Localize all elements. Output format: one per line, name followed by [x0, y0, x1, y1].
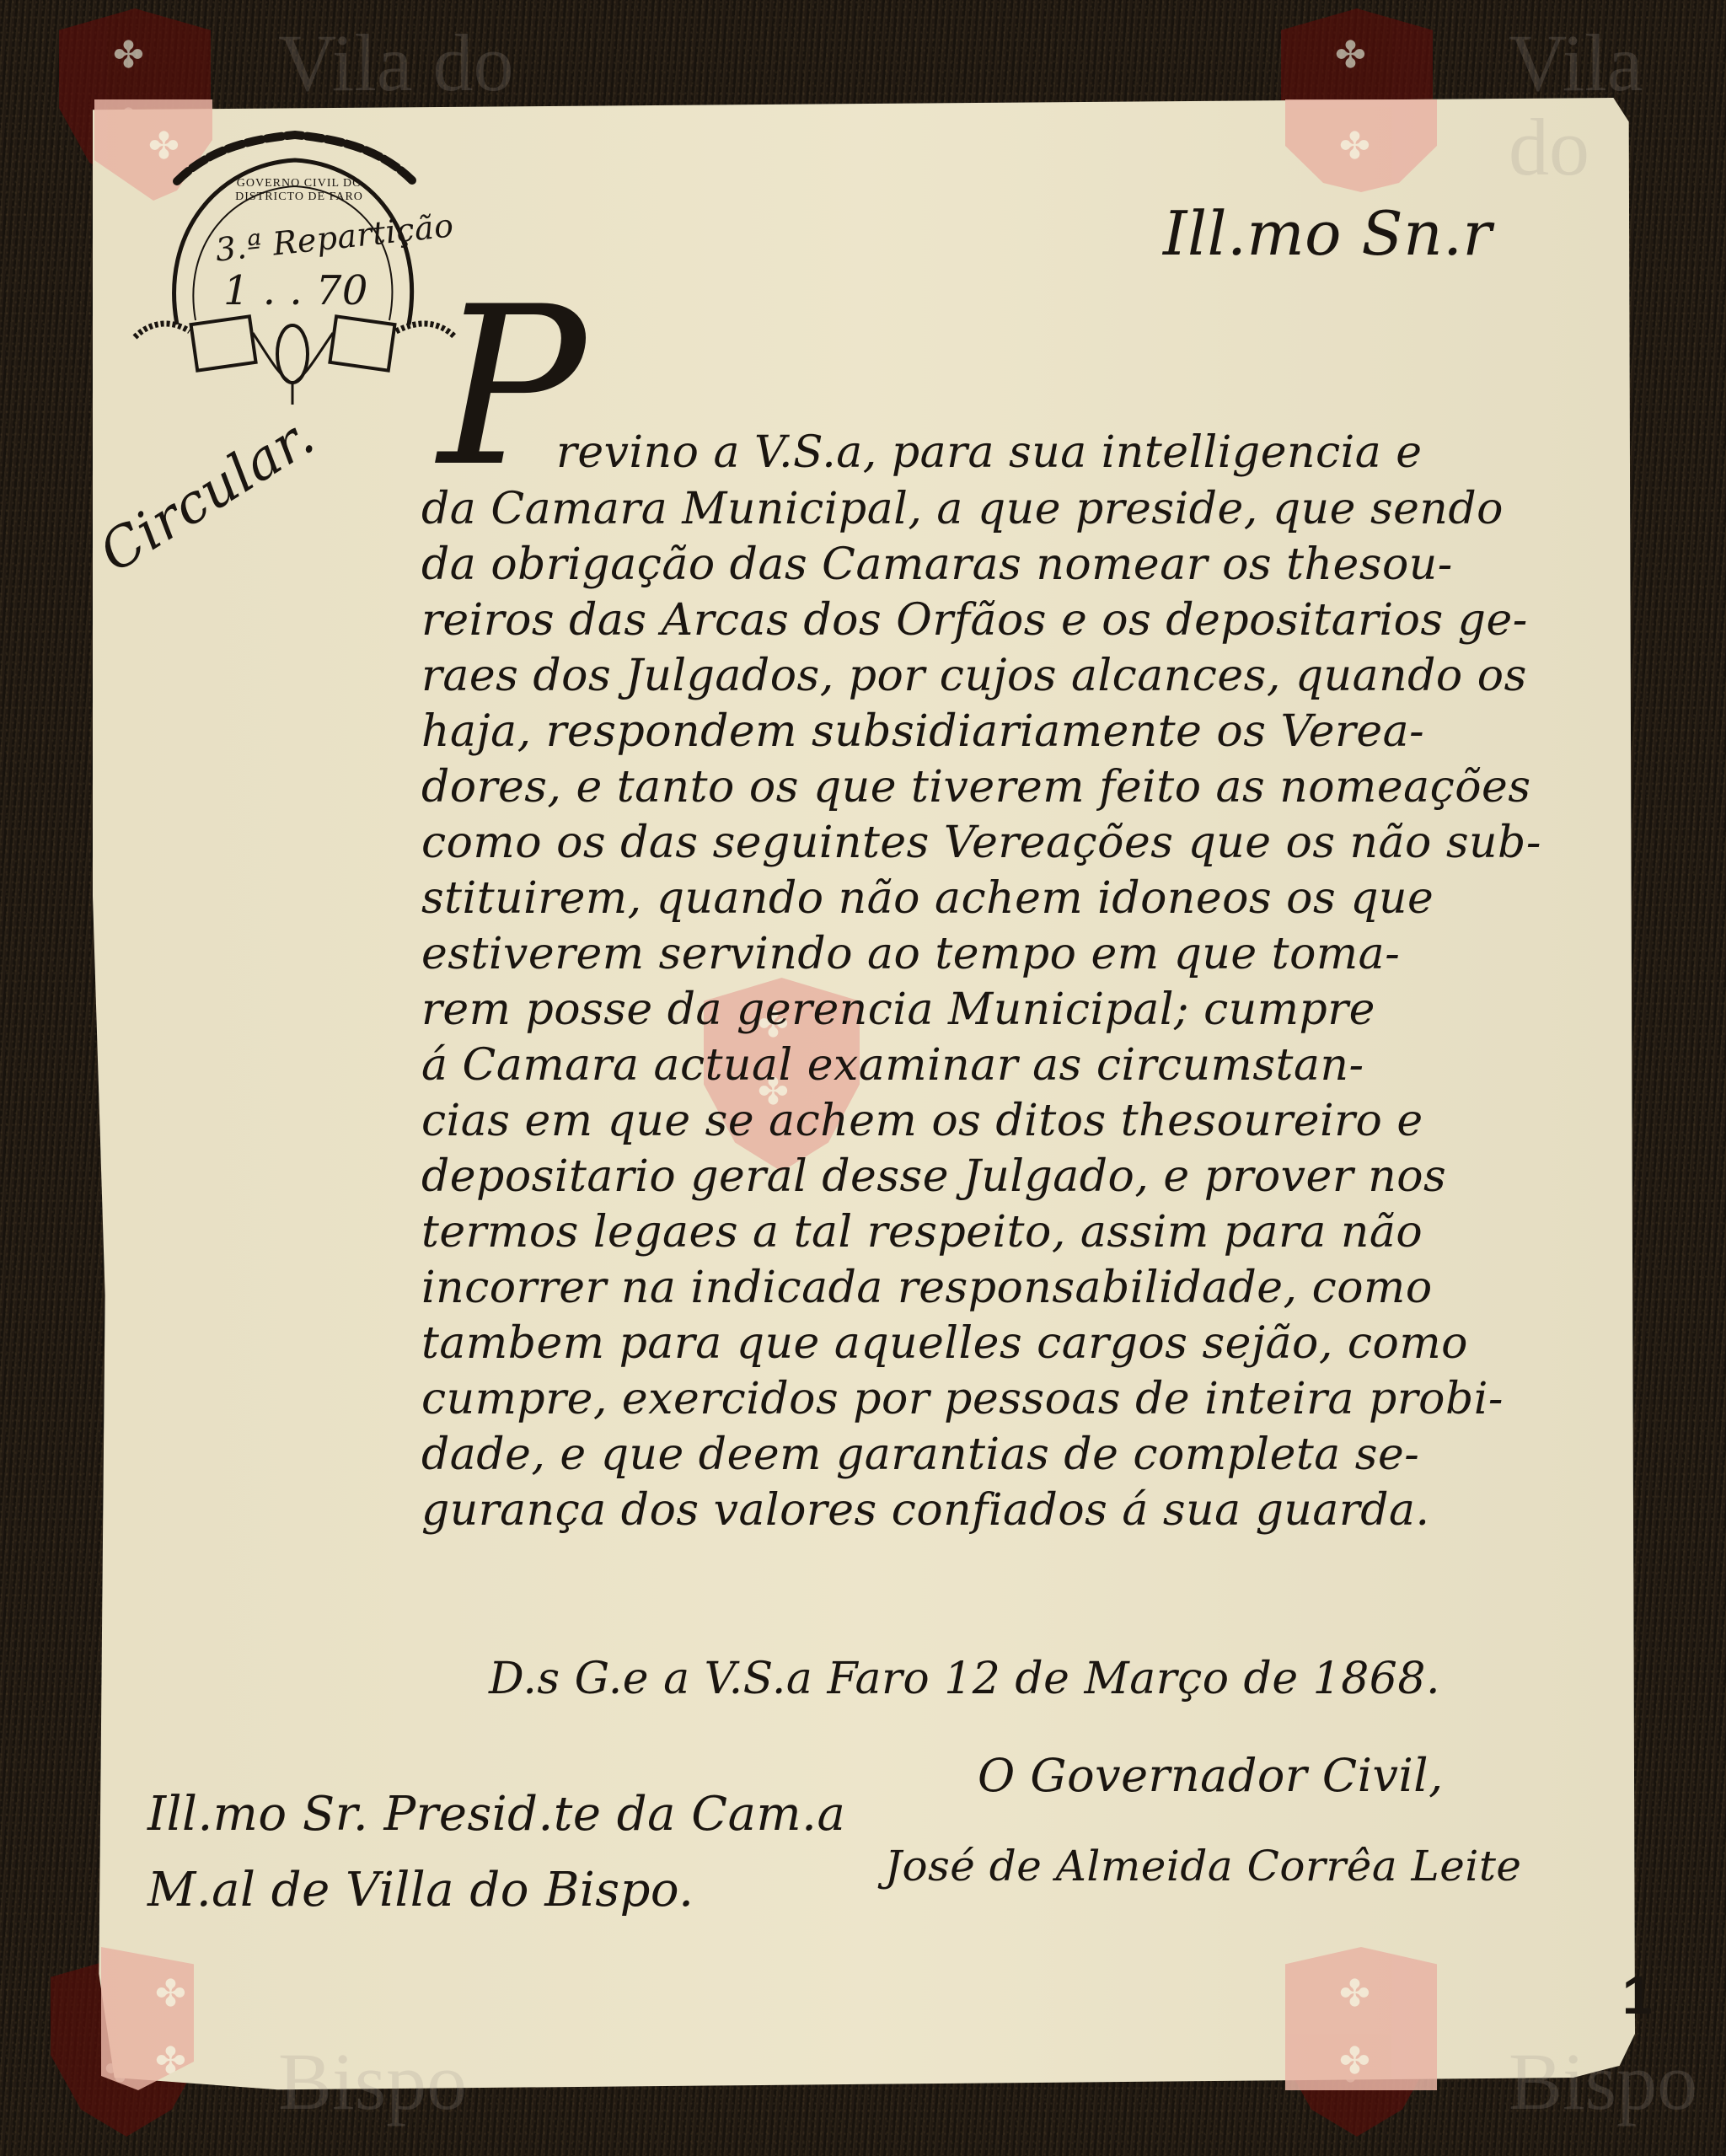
addressee-line: M.al de Villa do Bispo.	[147, 1863, 694, 1917]
body-line: reiros das Arcas dos Orfãos e os deposit…	[421, 593, 1528, 647]
watermark-shield-icon	[101, 1947, 194, 2090]
body-line: da obrigação das Camaras nomear os theso…	[421, 538, 1453, 592]
stamp-number: 1 . . 70	[223, 267, 368, 314]
body-line: gurança dos valores confiados á sua guar…	[421, 1483, 1430, 1537]
body-line: haja, respondem subsidiariamente os Vere…	[421, 705, 1424, 759]
signatory-title: O Governador Civil,	[978, 1749, 1444, 1802]
body-line: da Camara Municipal, a que preside, que …	[421, 482, 1504, 536]
body-line: termos legaes a tal respeito, assim para…	[421, 1205, 1423, 1259]
body-line: stituirem, quando não achem idoneos os q…	[421, 872, 1434, 925]
body-line: incorrer na indicada responsabilidade, c…	[421, 1261, 1433, 1315]
watermark-text: Bispo	[278, 2040, 467, 2124]
salutation: Ill.mo Sn.r	[1163, 198, 1492, 269]
body-line: raes dos Julgados, por cujos alcances, q…	[421, 649, 1527, 703]
body-line: revino a V.S.a, para sua intelligencia e	[556, 426, 1423, 480]
watermark-text: Bispo	[1509, 2040, 1697, 2124]
signature: José de Almeida Corrêa Leite	[885, 1842, 1522, 1891]
page-number: 1	[1622, 1964, 1653, 2026]
body-line: depositario geral desse Julgado, e prove…	[421, 1150, 1446, 1204]
watermark-text: Vila do	[278, 21, 514, 105]
body-line: estiverem servindo ao tempo em que toma-	[421, 927, 1400, 981]
body-line: cias em que se achem os ditos thesoureir…	[421, 1094, 1423, 1148]
body-line: tambem para que aquelles cargos sejão, c…	[421, 1317, 1468, 1370]
body-line: dores, e tanto os que tiverem feito as n…	[421, 760, 1531, 814]
watermark-shield-icon	[1285, 1947, 1437, 2090]
body-line: rem posse da gerencia Municipal; cumpre	[421, 983, 1375, 1037]
addressee-line: Ill.mo Sr. Presid.te da Cam.a	[147, 1787, 845, 1842]
body-line: como os das seguintes Vereações que os n…	[421, 816, 1541, 870]
official-stamp: GOVERNO CIVIL DO DISTRICTO DE FARO 3.ª R…	[126, 131, 459, 409]
stamp-ring-text: GOVERNO CIVIL DO DISTRICTO DE FARO	[206, 177, 392, 204]
body-line: cumpre, exercidos por pessoas de inteira…	[421, 1372, 1504, 1426]
body-line: dade, e que deem garantias de completa s…	[421, 1428, 1419, 1482]
watermark-text: Vila do	[1509, 21, 1726, 190]
closing-date: D.s G.e a V.S.a Faro 12 de Março de 1868…	[489, 1652, 1440, 1706]
body-line: á Camara actual examinar as circumstan-	[421, 1038, 1364, 1092]
